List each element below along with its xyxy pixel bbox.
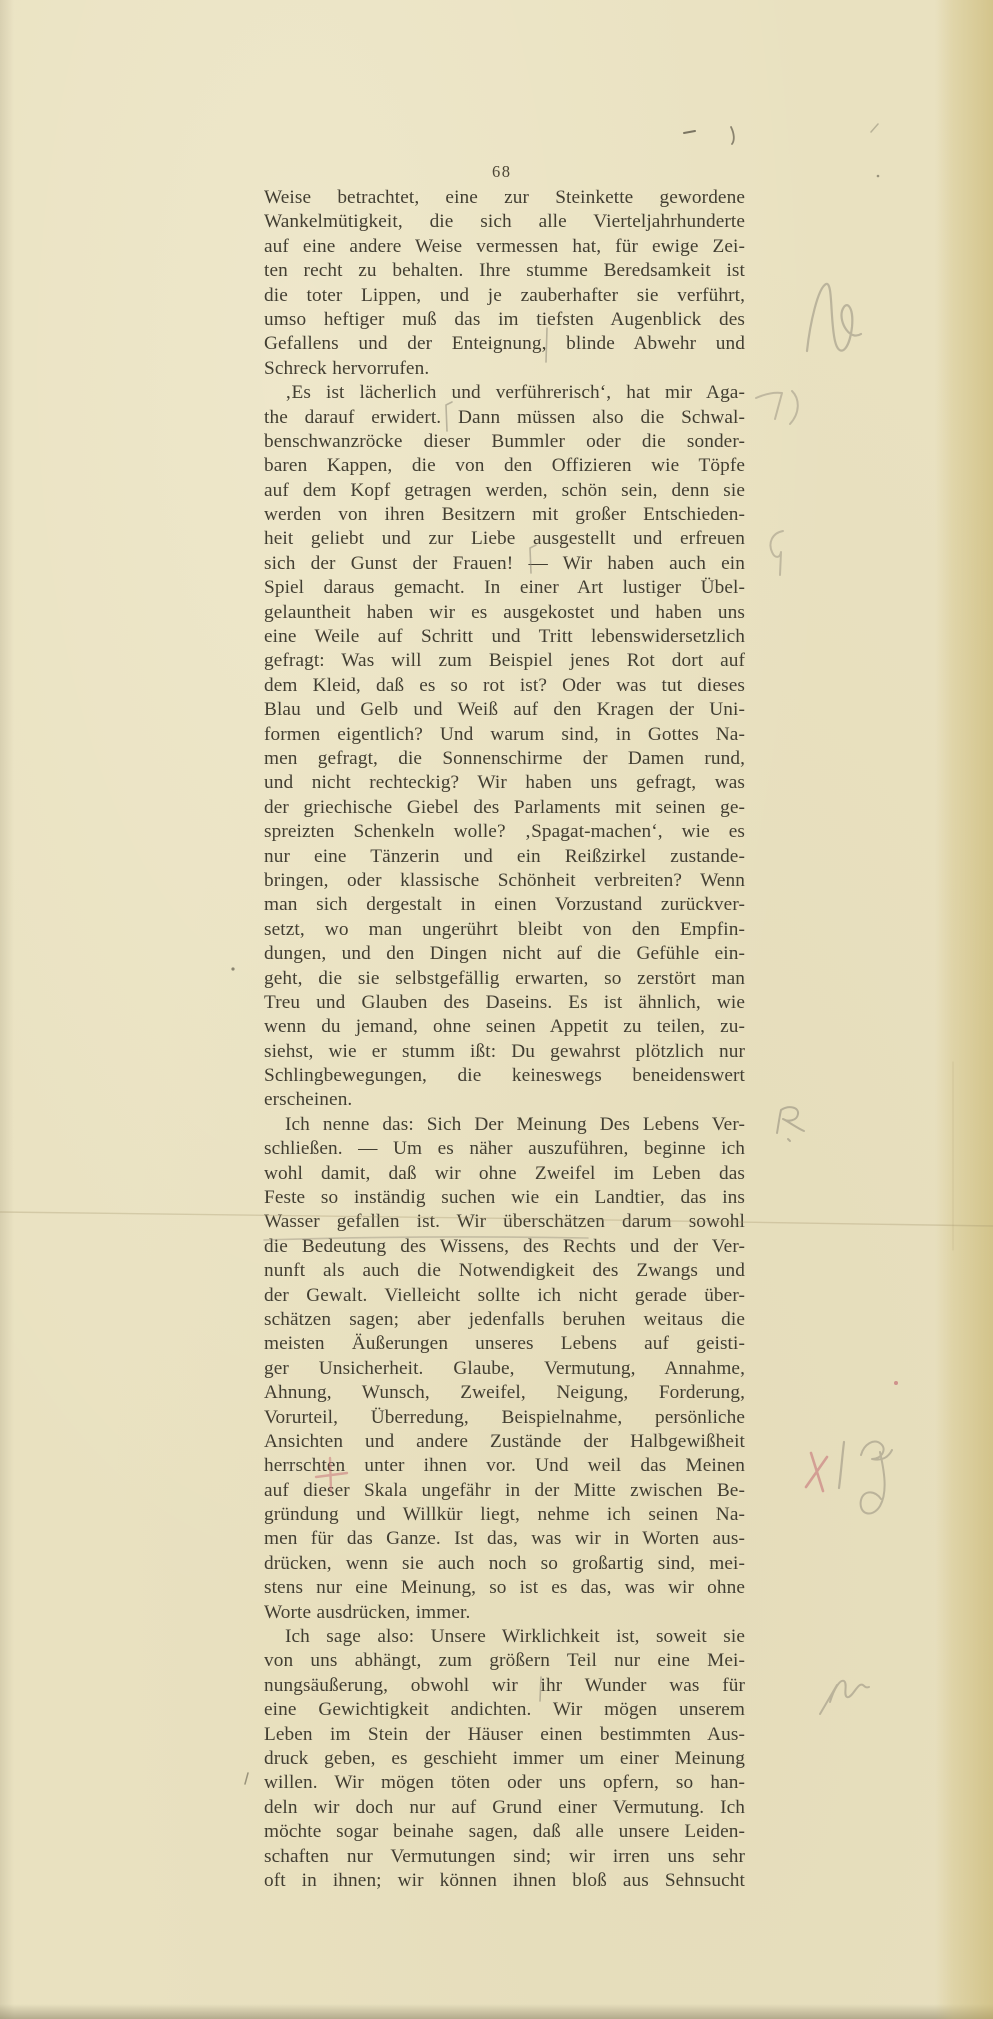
text-line: formen eigentlich? Und warum sind, in Go… [264,723,745,747]
text-line: wenn du jemand, ohne seinen Appetit zu t… [264,1015,745,1039]
margin-pencil-arrow-paren-annotation [756,391,798,424]
text-line: Wankelmütigkeit, die sich alle Viertelja… [264,210,745,234]
text-line: siehst, wie er stumm ißt: Du gewahrst pl… [264,1040,745,1064]
margin-pencil-cursive-squiggle-annotation [820,1681,869,1714]
text-block: Weise betrachtet, eine zur Steinkette ge… [264,186,745,1893]
text-line: Ich nenne das: Sich Der Meinung Des Lebe… [264,1113,745,1137]
margin-pencil-stroke-one-annotation [839,1442,844,1488]
dot-speck-1 [877,175,880,178]
text-line: Blau und Gelb und Weiß auf den Kragen de… [264,698,745,722]
text-line: Feste so inständig suchen wie ein Landti… [264,1186,745,1210]
text-line: meisten Äußerungen unseres Lebens auf ge… [264,1332,745,1356]
text-line: oft in ihnen; wir können ihnen bloß aus … [264,1869,745,1893]
text-line: auf dieser Skala ungefähr in der Mitte z… [264,1479,745,1503]
text-line: werden von ihren Besitzern mit großer En… [264,503,745,527]
text-line: bringen, oder klassische Schönheit verbr… [264,869,745,893]
text-line: men für das Ganze. Ist das, was wir in W… [264,1527,745,1551]
text-line: the darauf erwidert. Dann müssen also di… [264,406,745,430]
text-line: herrschten unter ihnen vor. Und weil das… [264,1454,745,1478]
text-line: auf dem Kopf getragen werden, schön sein… [264,479,745,503]
page-number: 68 [492,162,512,182]
margin-pencil-hook-annotation [770,531,783,575]
text-line: Ahnung, Wunsch, Zweifel, Neigung, Forder… [264,1381,745,1405]
text-line: schätzen sagen; aber jedenfalls beruhen … [264,1308,745,1332]
text-line: gefragt: Was will zum Beispiel jenes Rot… [264,649,745,673]
text-line: setzt, wo man ungerührt bleibt von den E… [264,918,745,942]
text-line: wohl damit, daß wir ohne Zweifel im Lebe… [264,1162,745,1186]
text-line: erscheinen. [264,1088,745,1112]
margin-pencil-rx-annotation [777,1107,804,1141]
text-line: Ansichten und andere Zustände der Halbge… [264,1430,745,1454]
text-line: sich der Gunst der Frauen! — Wir haben a… [264,552,745,576]
text-line: Worte ausdrücken, immer. [264,1601,745,1625]
text-line: der Gewalt. Vielleicht sollte ich nicht … [264,1284,745,1308]
text-line: die Bedeutung des Wissens, des Rechts un… [264,1235,745,1259]
text-line: auf eine andere Weise vermessen hat, für… [264,235,745,259]
text-line: nur eine Tänzerin und ein Reißzirkel zus… [264,845,745,869]
text-line: der griechische Giebel des Parlaments mi… [264,796,745,820]
text-line: schließen. — Um es näher auszuführen, be… [264,1137,745,1161]
margin-red-cross-annotation [806,1453,827,1491]
apostrophe-speck [245,1773,248,1784]
text-line: spreizten Schenkeln wolle? ‚Spagat-mache… [264,820,745,844]
text-line: nungsäußerung, obwohl wir ihr Wunder was… [264,1674,745,1698]
text-line: geht, die sie selbstgefällig erwarten, s… [264,967,745,991]
text-line: ger Unsicherheit. Glaube, Vermutung, Ann… [264,1357,745,1381]
text-line: ‚Es ist lächerlich und verführerisch‘, h… [264,381,745,405]
text-line: deln wir doch nur auf Grund einer Vermut… [264,1796,745,1820]
text-line: umso heftiger muß das im tiefsten Augenb… [264,308,745,332]
text-line: drücken, wenn sie auch noch so großartig… [264,1552,745,1576]
text-line: ten recht zu behalten. Ihre stumme Bered… [264,259,745,283]
text-line: stens nur eine Meinung, so ist es das, w… [264,1576,745,1600]
text-line: Gefallens und der Enteignung, blinde Abw… [264,332,745,356]
text-line: Treu und Glauben des Daseins. Es ist ähn… [264,991,745,1015]
text-line: Schreck hervorrufen. [264,357,745,381]
text-line: heit geliebt und zur Liebe ausgestellt u… [264,527,745,551]
text-line: Weise betrachtet, eine zur Steinkette ge… [264,186,745,210]
margin-pencil-flourish-annotation [861,1442,892,1514]
text-line: Vorurteil, Überredung, Beispielnahme, pe… [264,1406,745,1430]
text-line: Ich sage also: Unsere Wirklichkeit ist, … [264,1625,745,1649]
text-line: eine Weile auf Schritt und Tritt lebensw… [264,625,745,649]
margin-pencil-scribble-annotation [807,284,861,351]
text-line: men gefragt, die Sonnenschirme der Damen… [264,747,745,771]
red-dot-annotation [894,1381,898,1385]
text-line: Schlingbewegungen, die keineswegs beneid… [264,1064,745,1088]
text-line: die toter Lippen, und je zauberhafter si… [264,284,745,308]
text-line: Spiel daraus gemacht. In einer Art lusti… [264,576,745,600]
text-line: dungen, und den Dingen nicht auf die Gef… [264,942,745,966]
text-line: eine Gewichtigkeit andichten. Wir mögen … [264,1698,745,1722]
dot-speck-2 [231,967,234,970]
text-line: und nicht rechteckig? Wir haben uns gefr… [264,771,745,795]
text-line: dem Kleid, daß es so rot ist? Oder was t… [264,674,745,698]
text-line: nunft als auch die Notwendigkeit des Zwa… [264,1259,745,1283]
text-line: druck geben, es geschieht immer um einer… [264,1747,745,1771]
text-line: schaften nur Vermutungen sind; wir irren… [264,1845,745,1869]
text-line: von uns abhängt, zum größern Teil nur ei… [264,1649,745,1673]
ink-comma-speck [731,127,734,144]
text-line: Wasser gefallen ist. Wir überschätzen da… [264,1210,745,1234]
text-line: gründung und Willkür liegt, nehme ich se… [264,1503,745,1527]
scanned-book-page: 68 Weise betrachtet, eine zur Steinkette… [0,0,993,2019]
text-line: Leben im Stein der Häuser einen bestimmt… [264,1723,745,1747]
text-line: benschwanzröcke dieser Bummler oder die … [264,430,745,454]
text-line: man sich dergestalt in einen Vorzustand … [264,893,745,917]
text-line: baren Kappen, die von den Offizieren wie… [264,454,745,478]
text-line: gelauntheit haben wir es ausgekostet und… [264,601,745,625]
ink-dash-speck [684,131,695,133]
text-line: möchte sogar beinahe sagen, daß alle uns… [264,1820,745,1844]
faint-slash-speck [871,124,878,132]
text-line: willen. Wir mögen töten oder uns opfern,… [264,1771,745,1795]
